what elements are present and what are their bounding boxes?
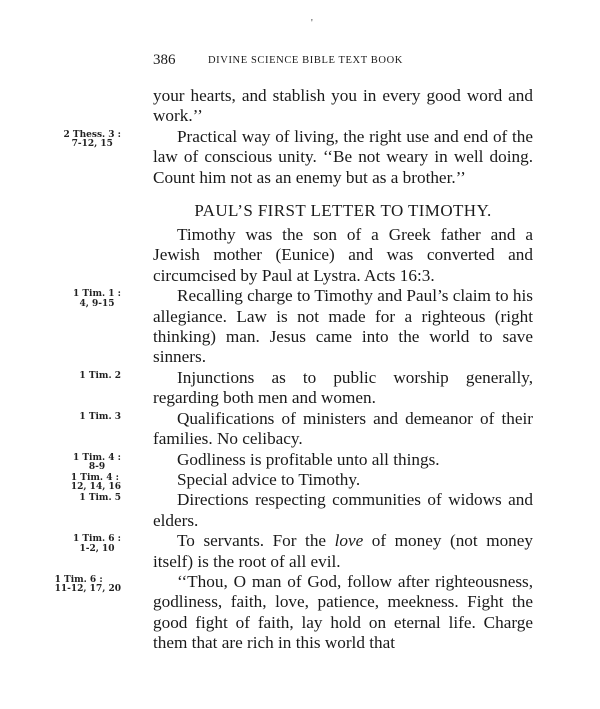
- emphasized-word: love: [335, 531, 364, 550]
- paragraph-text: To servants. For the: [177, 531, 335, 550]
- stray-print-mark: ': [311, 18, 313, 29]
- margin-reference: 1 Tim. 4 : 8-9: [49, 454, 121, 473]
- margin-reference: 2 Thess. 3 : 7-12, 15: [40, 131, 121, 150]
- margin-reference: 1 Tim. 4 : 12, 14, 16: [47, 474, 121, 493]
- paragraph-1-tim-4a: 1 Tim. 4 : 8-9 Godliness is profitable u…: [153, 450, 533, 470]
- paragraph-text: Recalling charge to Timothy and Paul’s c…: [153, 286, 533, 366]
- paragraph-text: ‘‘Thou, O man of God, follow after right…: [153, 572, 533, 652]
- paragraph-2-thess: 2 Thess. 3 : 7-12, 15 Practical way of l…: [153, 127, 533, 188]
- book-title: DIVINE SCIENCE BIBLE TEXT BOOK: [208, 55, 403, 66]
- paragraph-1-tim-2: 1 Tim. 2 Injunctions as to public worshi…: [153, 368, 533, 409]
- paragraph-text: Directions respecting communities of wid…: [153, 490, 533, 529]
- paragraph-1-tim-3: 1 Tim. 3 Qualifications of ministers and…: [153, 409, 533, 450]
- margin-reference: 1 Tim. 3: [55, 413, 121, 423]
- margin-reference: 1 Tim. 2: [55, 372, 121, 382]
- paragraph-1-tim-6b: 1 Tim. 6 : 11-12, 17, 20 ‘‘Thou, O man o…: [153, 572, 533, 654]
- margin-reference: 1 Tim. 1 : 4, 9-15: [49, 290, 121, 309]
- paragraph-text: Godliness is profitable unto all things.: [177, 450, 440, 469]
- section-heading: PAUL’S FIRST LETTER TO TIMOTHY.: [153, 200, 533, 222]
- margin-reference: 1 Tim. 5: [55, 494, 121, 504]
- continued-paragraph: your hearts, and stablish you in every g…: [153, 86, 533, 127]
- paragraph-1-tim-5: 1 Tim. 5 Directions respecting communiti…: [153, 490, 533, 531]
- paragraph-text: Injunctions as to public worship general…: [153, 368, 533, 407]
- paragraph-1-tim-4b: 1 Tim. 4 : 12, 14, 16 Special advice to …: [153, 470, 533, 490]
- intro-paragraph: Timothy was the son of a Greek father an…: [153, 225, 533, 286]
- paragraph-1-tim-6a: 1 Tim. 6 : 1-2, 10 To servants. For the …: [153, 531, 533, 572]
- margin-reference: 1 Tim. 6 : 11-12, 17, 20: [31, 576, 121, 595]
- margin-reference: 1 Tim. 6 : 1-2, 10: [49, 535, 121, 554]
- paragraph-text: Special advice to Timothy.: [177, 470, 360, 489]
- paragraph-text: Qualifications of ministers and demeanor…: [153, 409, 533, 448]
- page-number: 386: [153, 52, 176, 69]
- paragraph-text: Practical way of living, the right use a…: [153, 127, 533, 187]
- paragraph-1-tim-1: 1 Tim. 1 : 4, 9-15 Recalling charge to T…: [153, 286, 533, 368]
- running-header: 386 DIVINE SCIENCE BIBLE TEXT BOOK: [153, 52, 533, 72]
- text-column: your hearts, and stablish you in every g…: [153, 86, 533, 654]
